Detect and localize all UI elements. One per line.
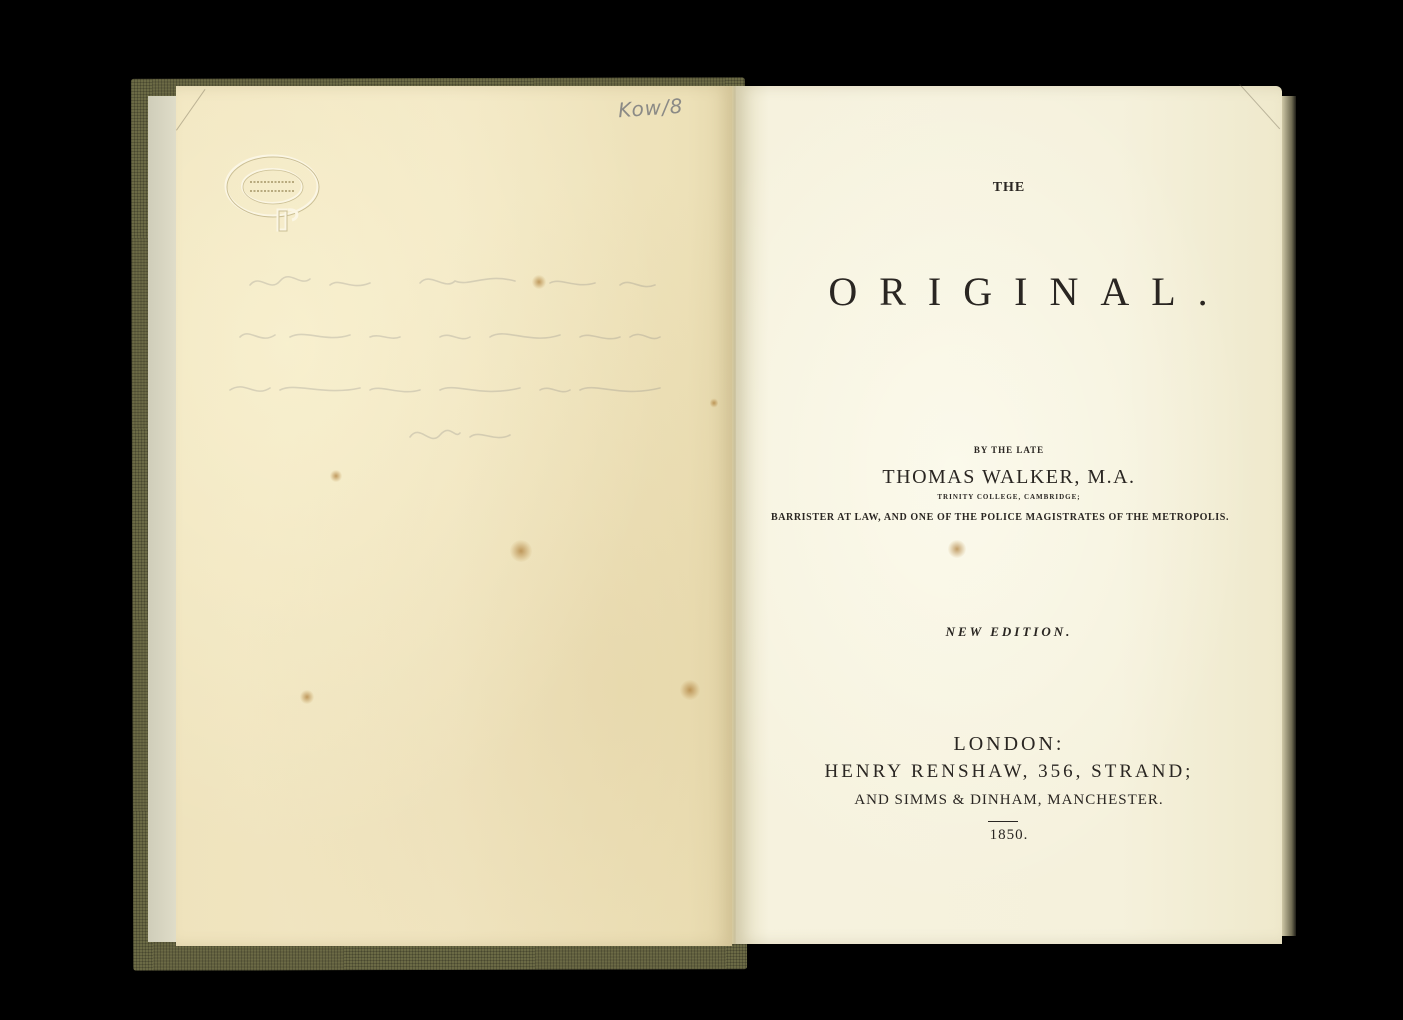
embossed-stamp-icon: [222, 148, 326, 236]
title-article: THE: [736, 180, 1282, 196]
page-block-edge: [1282, 96, 1296, 936]
author-name: THOMAS WALKER, M.A.: [736, 466, 1282, 489]
foxing-spot: [532, 275, 546, 289]
distributor: AND SIMMS & DINHAM, MANCHESTER.: [736, 792, 1282, 809]
publication-city: LONDON:: [736, 733, 1282, 756]
author-college: TRINITY COLLEGE, CAMBRIDGE;: [736, 493, 1282, 501]
book-title: ORIGINAL.: [736, 268, 1302, 315]
foxing-spot: [680, 680, 700, 700]
publisher: HENRY RENSHAW, 356, STRAND;: [736, 761, 1282, 783]
faded-inscription: [220, 255, 680, 455]
foxing-spot: [330, 470, 342, 482]
by-line: BY THE LATE: [736, 445, 1282, 455]
divider-rule: [988, 821, 1018, 822]
foxing-spot: [300, 690, 314, 704]
publication-year: 1850.: [736, 827, 1282, 844]
edition-label: NEW EDITION.: [736, 624, 1282, 640]
foxing-spot: [710, 398, 718, 408]
pencil-annotation: Kow/8: [617, 94, 684, 123]
author-description: BARRISTER AT LAW, AND ONE OF THE POLICE …: [770, 510, 1230, 525]
foxing-spot: [510, 540, 532, 562]
foxing-spot: [948, 540, 966, 558]
